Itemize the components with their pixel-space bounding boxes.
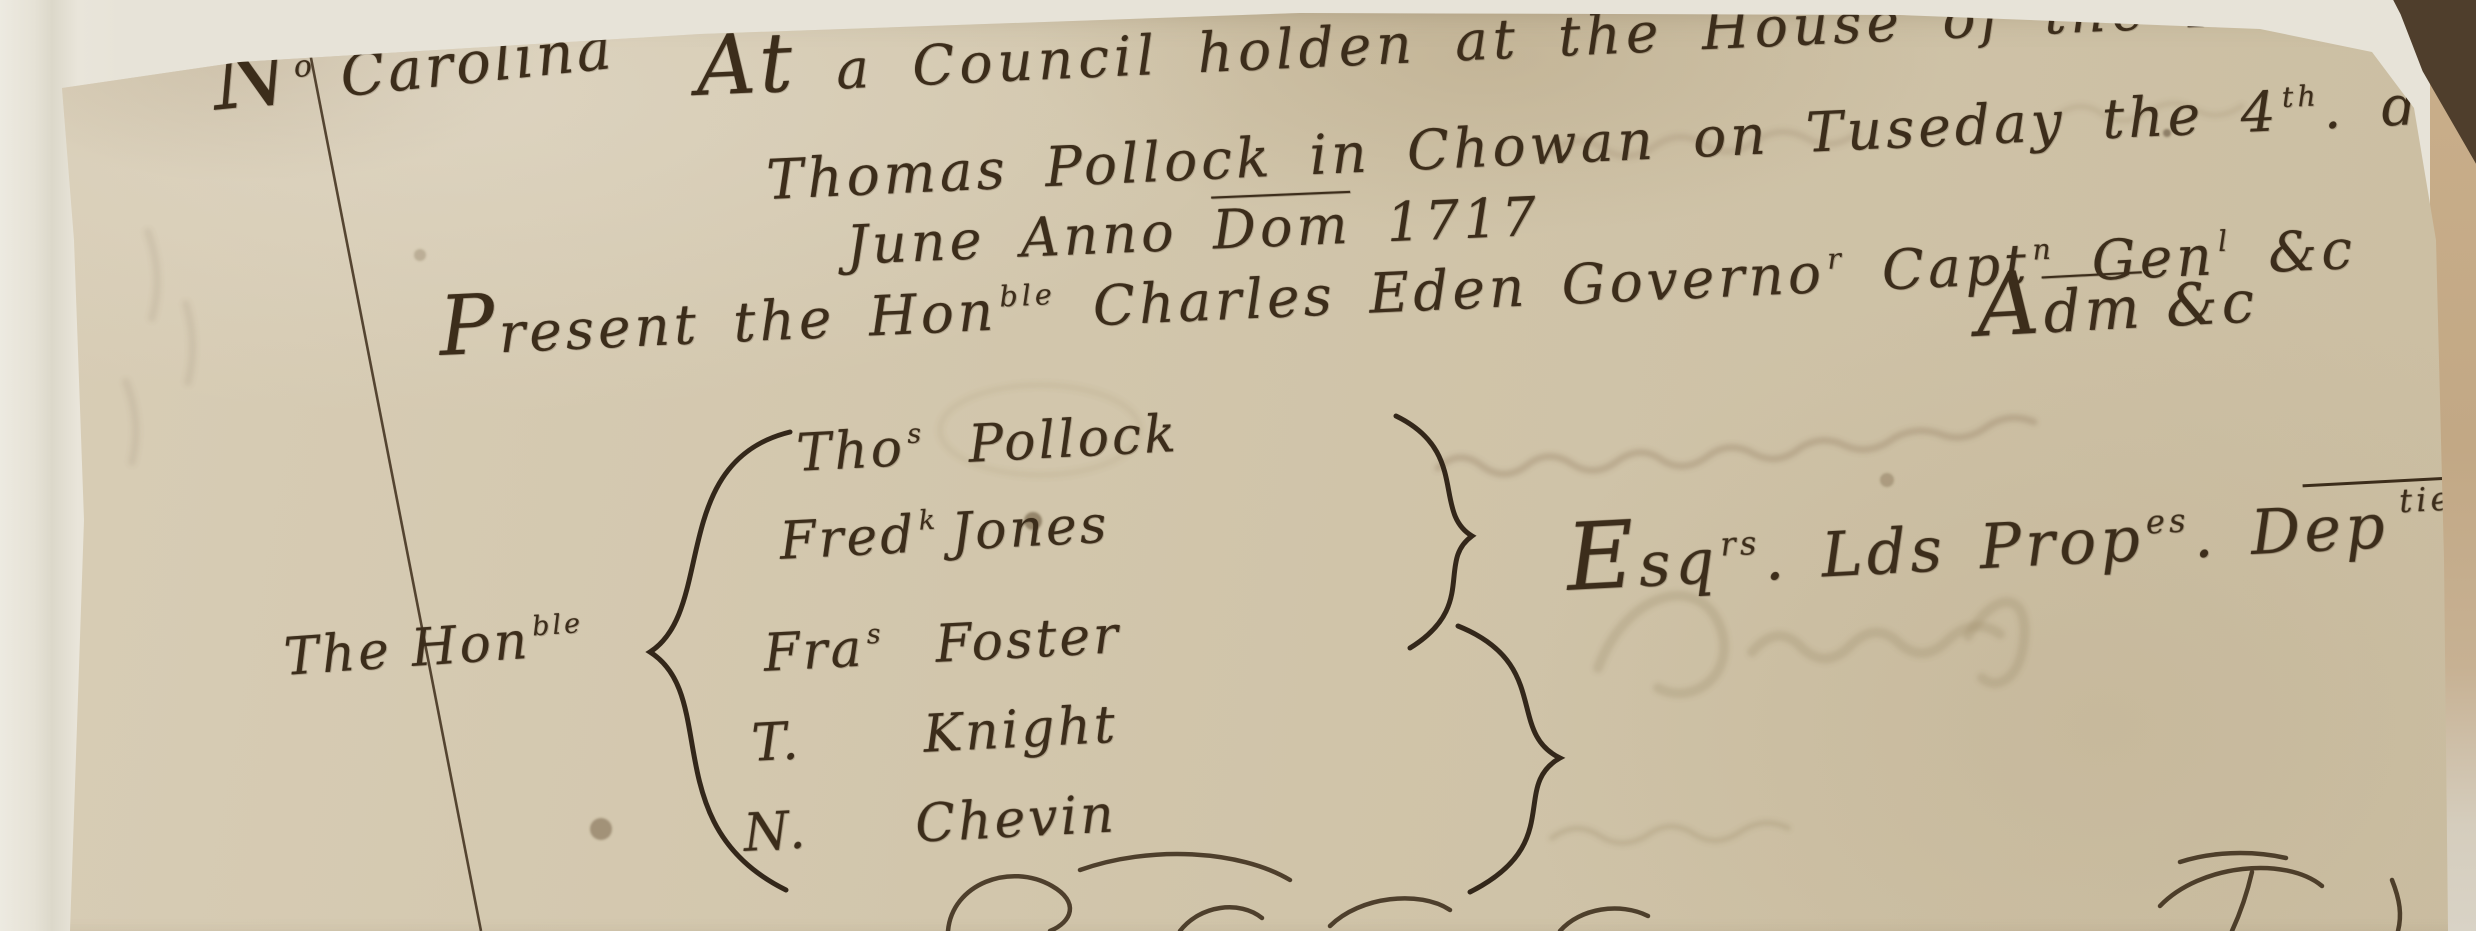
ornate-capital: P: [437, 276, 501, 375]
ornate-capital: A: [1974, 252, 2046, 357]
margin-rule-line: [304, 22, 481, 931]
honorable-label: The Honble: [282, 607, 589, 688]
admiral-abbrev: Adm &c: [1975, 267, 2260, 350]
ornate-capital: E: [1564, 500, 1641, 612]
given-name-abbrev: Fredk: [778, 503, 953, 572]
given-name-abbrev: Fras: [762, 615, 937, 684]
surname: Pollock: [967, 404, 1180, 475]
right-brace-lower: [1458, 626, 1560, 892]
titles-label: Esqrs. Lds Propes. Depties.: [1565, 483, 2476, 605]
surname: Knight: [922, 695, 1120, 765]
manuscript-photo: 145 No Carolina At a Council holden at t…: [0, 0, 2476, 931]
given-name-abbrev: N.: [742, 795, 917, 864]
bottom-partial-line: [948, 853, 2400, 931]
given-name-abbrev: T.: [750, 705, 925, 774]
council-member-row: ThosPollock: [795, 404, 1180, 484]
council-member-row: FredkJones: [778, 495, 1111, 572]
right-brace-upper: [1396, 416, 1472, 648]
given-name-abbrev: Thos: [795, 415, 970, 484]
council-member-row: T.Knight: [750, 695, 1119, 774]
council-member-row: FrasFoster: [762, 605, 1122, 684]
manuscript-page: 145 No Carolina At a Council holden at t…: [0, 0, 2476, 931]
council-member-row: N.Chevin: [742, 784, 1118, 863]
surname: Chevin: [914, 784, 1118, 854]
surname: Jones: [950, 495, 1111, 563]
surname: Foster: [934, 605, 1123, 675]
